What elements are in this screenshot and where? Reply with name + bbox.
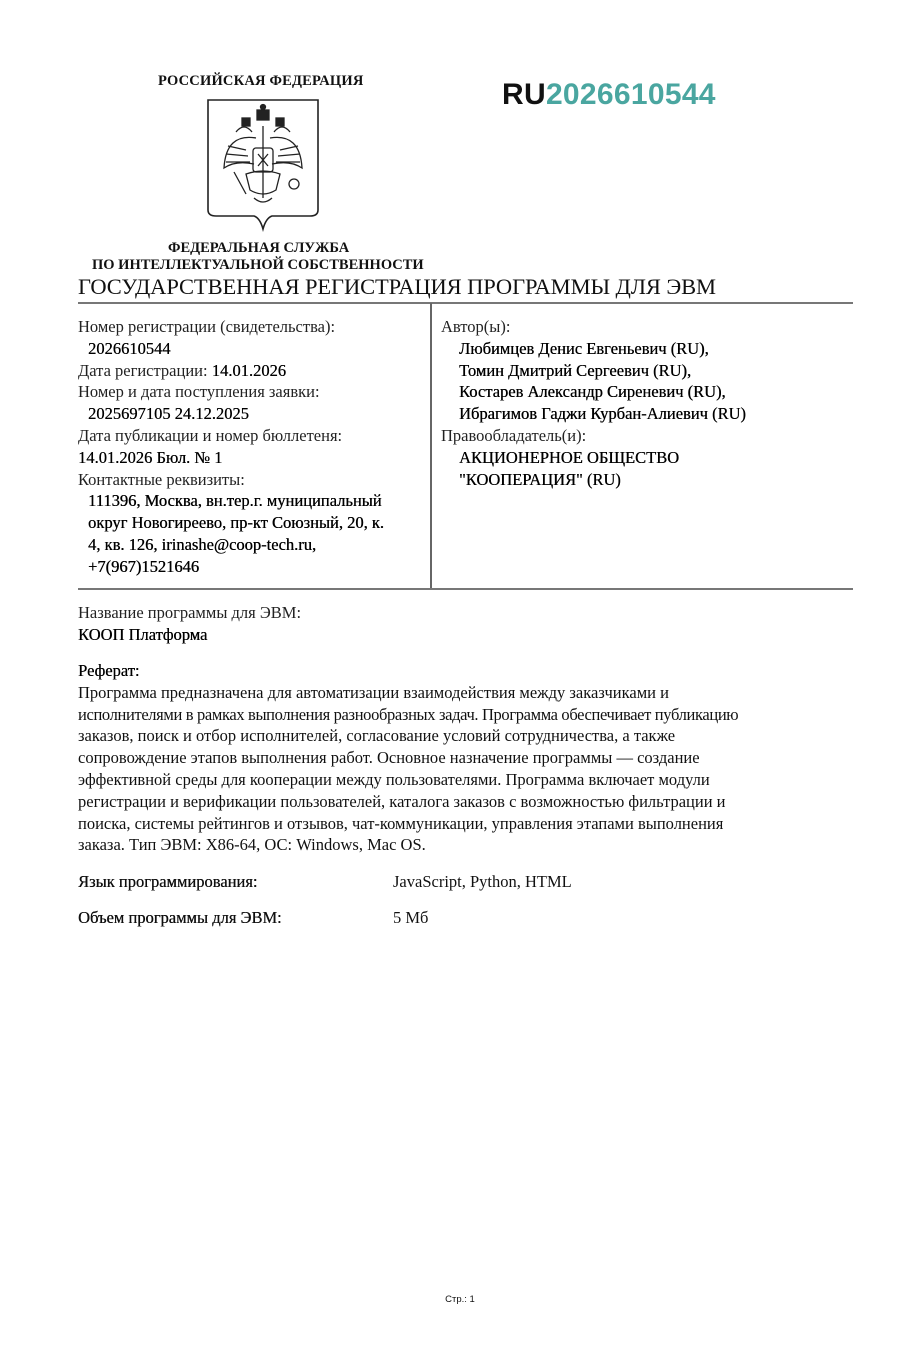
application-label: Номер и дата поступления заявки:: [78, 381, 428, 403]
abstract-text: Программа предназначена для автоматизаци…: [78, 682, 868, 856]
contacts-line: округ Новогиреево, пр-кт Союзный, 20, к.: [78, 512, 428, 534]
divider-top: [78, 302, 853, 304]
program-name-block: Название программы для ЭВМ: КООП Платфор…: [78, 602, 301, 646]
language-row: Язык программирования: JavaScript, Pytho…: [0, 872, 920, 894]
reg-date-value: 14.01.2026: [212, 361, 286, 380]
holder-line: "КООПЕРАЦИЯ" (RU): [441, 469, 861, 491]
authors-label: Автор(ы):: [441, 316, 861, 338]
abstract-line: заказов, поиск и отбор исполнителей, сог…: [78, 725, 868, 747]
language-value: JavaScript, Python, HTML: [393, 872, 572, 892]
abstract-label: Реферат:: [78, 660, 868, 682]
agency-line-1: ФЕДЕРАЛЬНАЯ СЛУЖБА: [168, 240, 349, 257]
contacts-line: +7(967)1521646: [78, 556, 428, 578]
author-item: Любимцев Денис Евгеньевич (RU),: [441, 338, 861, 360]
reg-number-label: Номер регистрации (свидетельства):: [78, 316, 428, 338]
language-label: Язык программирования:: [78, 872, 257, 892]
contacts-label: Контактные реквизиты:: [78, 469, 428, 491]
document-number-digits: 2026610544: [546, 78, 716, 111]
divider-vertical: [430, 303, 432, 589]
authors-info: Автор(ы): Любимцев Денис Евгеньевич (RU)…: [441, 316, 861, 490]
document-prefix: RU: [502, 78, 546, 111]
size-label: Объем программы для ЭВМ:: [78, 908, 282, 928]
contacts-line: 111396, Москва, вн.тер.г. муниципальный: [78, 490, 428, 512]
coat-of-arms-icon: [206, 98, 320, 232]
holder-line: АКЦИОНЕРНОЕ ОБЩЕСТВО: [441, 447, 861, 469]
size-value: 5 Мб: [393, 908, 428, 928]
abstract-line: Программа предназначена для автоматизаци…: [78, 682, 868, 704]
page-number: Стр.: 1: [0, 1294, 920, 1305]
publication-label: Дата публикации и номер бюллетеня:: [78, 425, 428, 447]
reg-date-label: Дата регистрации:: [78, 361, 208, 380]
application-value: 2025697105 24.12.2025: [78, 403, 428, 425]
reg-date-row: Дата регистрации: 14.01.2026: [78, 360, 428, 382]
abstract-line: заказа. Тип ЭВМ: X86-64, ОС: Windows, Ma…: [78, 834, 868, 856]
size-row: Объем программы для ЭВМ: 5 Мб: [0, 908, 920, 930]
program-name-label: Название программы для ЭВМ:: [78, 602, 301, 624]
registration-info: Номер регистрации (свидетельства): 20266…: [78, 316, 428, 578]
abstract-line: поиска, системы рейтингов и отзывов, чат…: [78, 813, 868, 835]
publication-value: 14.01.2026 Бюл. № 1: [78, 447, 428, 469]
abstract-line: исполнителями в рамках выполнения разноо…: [78, 704, 868, 726]
author-item: Ибрагимов Гаджи Курбан-Алиевич (RU): [441, 403, 861, 425]
abstract-line: эффективной среды для кооперации между п…: [78, 769, 868, 791]
reg-number-value: 2026610544: [78, 338, 428, 360]
document-number: RU2026610544: [502, 78, 716, 112]
abstract-block: Реферат: Программа предназначена для авт…: [78, 660, 868, 856]
page-title: ГОСУДАРСТВЕННАЯ РЕГИСТРАЦИЯ ПРОГРАММЫ ДЛ…: [78, 274, 716, 300]
author-item: Томин Дмитрий Сергеевич (RU),: [441, 360, 861, 382]
contacts-line: 4, кв. 126, irinashe@coop-tech.ru,: [78, 534, 428, 556]
abstract-line: сопровождение этапов выполнения работ. О…: [78, 747, 868, 769]
holders-label: Правообладатель(и):: [441, 425, 861, 447]
author-item: Костарев Александр Сиреневич (RU),: [441, 381, 861, 403]
program-name-value: КООП Платформа: [78, 624, 301, 646]
divider-bottom: [78, 588, 853, 590]
abstract-line: регистрации и верификации пользователей,…: [78, 791, 868, 813]
agency-line-2: ПО ИНТЕЛЛЕКТУАЛЬНОЙ СОБСТВЕННОСТИ: [92, 257, 424, 274]
country-name: РОССИЙСКАЯ ФЕДЕРАЦИЯ: [158, 73, 364, 90]
